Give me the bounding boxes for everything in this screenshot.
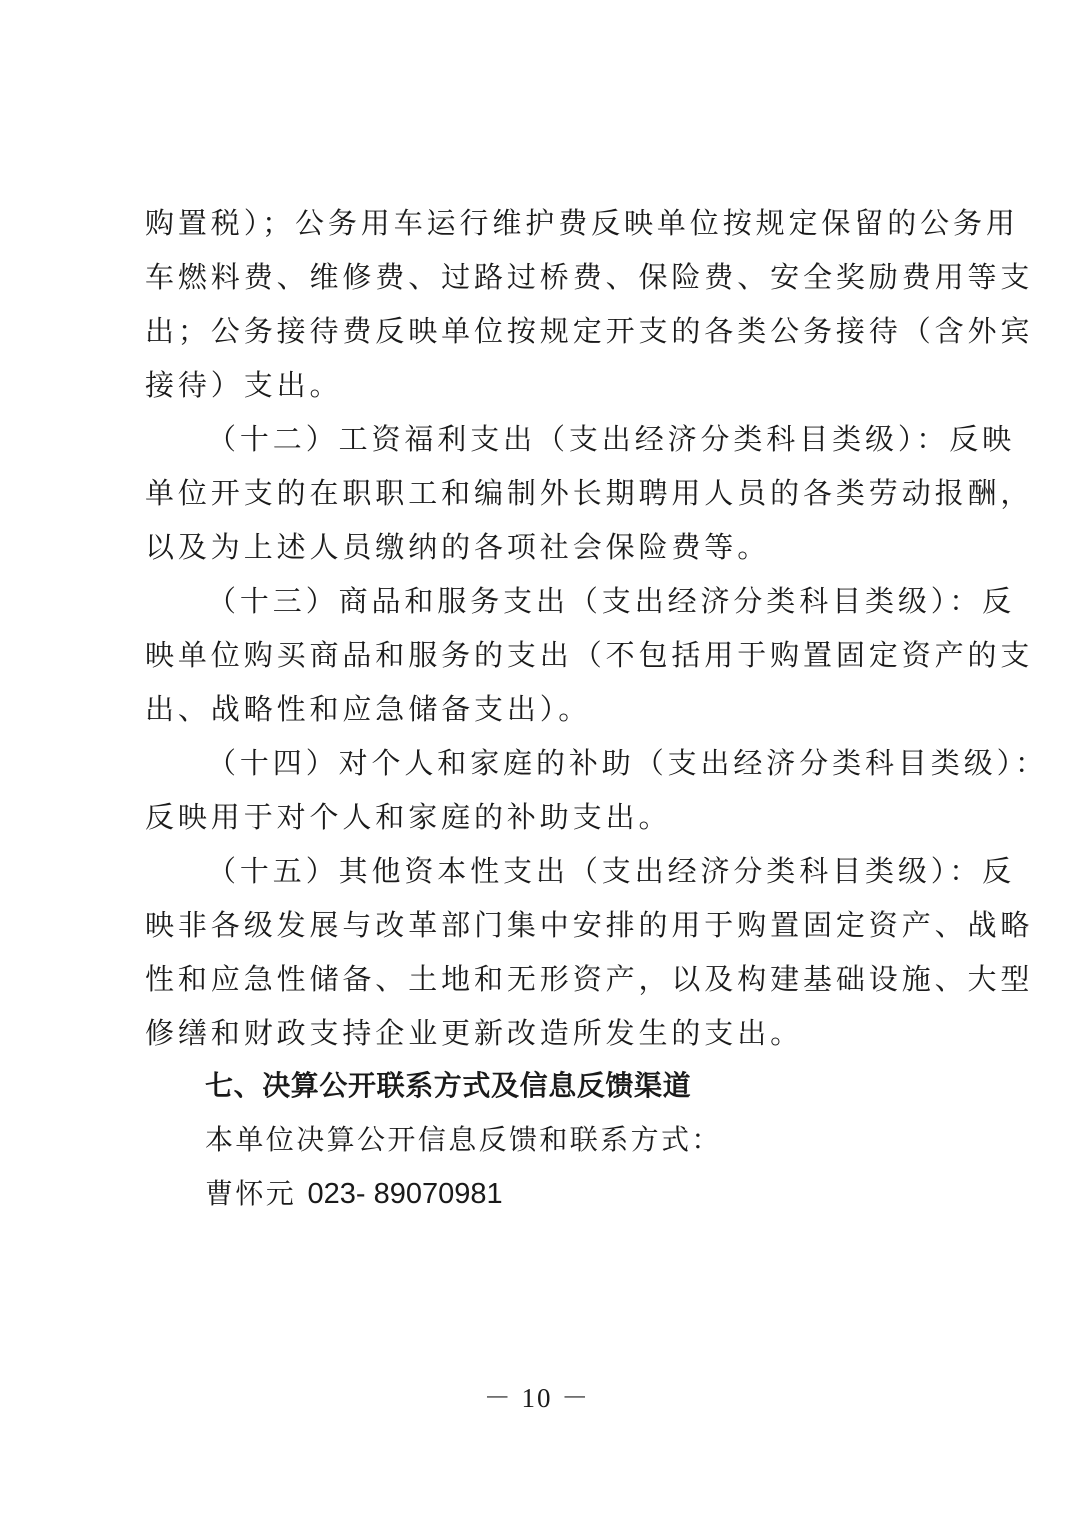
paragraph-line: 以及为上述人员缴纳的各项社会保险费等。 <box>145 527 770 567</box>
section-heading: 七、决算公开联系方式及信息反馈渠道 <box>205 1066 691 1106</box>
contact-line: 曹怀元 023- 89070981 <box>205 1174 503 1214</box>
paragraph-line: 购置税）；公务用车运行维护费反映单位按规定保留的公务用 <box>145 203 1019 243</box>
contact-phone: 023- 89070981 <box>308 1178 503 1210</box>
paragraph-line: 单位开支的在职职工和编制外长期聘用人员的各类劳动报酬， <box>145 473 1033 513</box>
paragraph-line: （十五）其他资本性支出（支出经济分类科目类级）：反 <box>207 851 1015 891</box>
paragraph-line: 接待）支出。 <box>145 365 342 405</box>
paragraph-line: （十二）工资福利支出（支出经济分类科目类级）：反映 <box>207 419 1015 459</box>
paragraph-line: 反映用于对个人和家庭的补助支出。 <box>145 797 671 837</box>
paragraph-line: （十四）对个人和家庭的补助（支出经济分类科目类级）： <box>207 743 1048 783</box>
contact-intro: 本单位决算公开信息反馈和联系方式： <box>205 1120 722 1160</box>
paragraph-line: （十三）商品和服务支出（支出经济分类科目类级）：反 <box>207 581 1015 621</box>
paragraph-line: 映单位购买商品和服务的支出（不包括用于购置固定资产的支 <box>145 635 1033 675</box>
page-number: － 10 － <box>0 1376 1074 1415</box>
paragraph-line: 性和应急性储备、土地和无形资产，以及构建基础设施、大型 <box>145 959 1033 999</box>
paragraph-line: 车燃料费、维修费、过路过桥费、保险费、安全奖励费用等支 <box>145 257 1033 297</box>
contact-name: 曹怀元 <box>205 1177 296 1210</box>
paragraph-line: 出；公务接待费反映单位按规定开支的各类公务接待（含外宾 <box>145 311 1033 351</box>
document-page: 购置税）；公务用车运行维护费反映单位按规定保留的公务用 车燃料费、维修费、过路过… <box>0 0 1074 1520</box>
paragraph-line: 出、战略性和应急储备支出）。 <box>145 689 591 729</box>
paragraph-line: 修缮和财政支持企业更新改造所发生的支出。 <box>145 1013 803 1053</box>
paragraph-line: 映非各级发展与改革部门集中安排的用于购置固定资产、战略 <box>145 905 1033 945</box>
